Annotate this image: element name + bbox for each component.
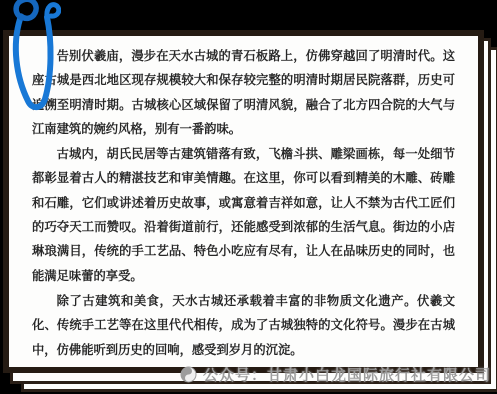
article-screenshot: 告别伏羲庙，漫步在天水古城的青石板路上，仿佛穿越回了明清时代。这座古城是西北地区… <box>0 0 497 394</box>
paragraph-1: 告别伏羲庙，漫步在天水古城的青石板路上，仿佛穿越回了明清时代。这座古城是西北地区… <box>32 44 455 141</box>
paragraph-3: 除了古建筑和美食，天水古城还承载着丰富的非物质文化遗产。伏羲文化、传统手工艺等在… <box>32 289 455 362</box>
watermark: 公众号：甘肃小白龙国际旅行社有限公司 <box>180 364 491 385</box>
safety-pin-icon <box>3 0 61 121</box>
wechat-logo-icon <box>180 366 197 383</box>
paragraph-2: 古城内，胡氏民居等古建筑错落有致，飞檐斗拱、雕梁画栋，每一处细节都彰显着古人的精… <box>32 142 455 288</box>
watermark-text: 公众号：甘肃小白龙国际旅行社有限公司 <box>203 364 491 385</box>
article-page: 告别伏羲庙，漫步在天水古城的青石板路上，仿佛穿越回了明清时代。这座古城是西北地区… <box>3 30 484 373</box>
article-body: 告别伏羲庙，漫步在天水古城的青石板路上，仿佛穿越回了明清时代。这座古城是西北地区… <box>9 36 478 362</box>
